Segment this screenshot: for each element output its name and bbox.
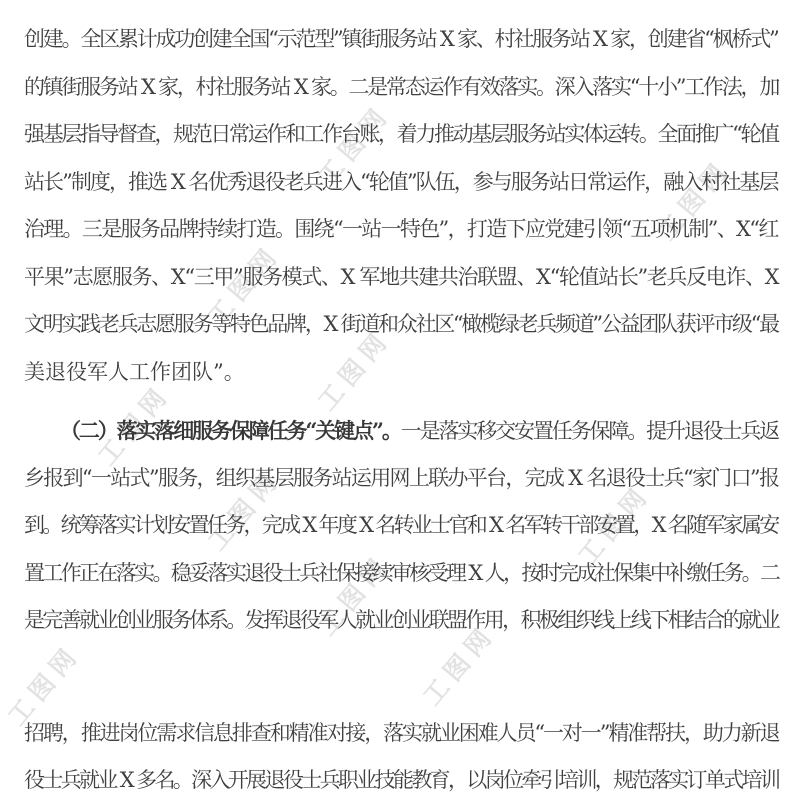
text-line: （二）落实落细服务保障任务“关键点”。一是落实移交安置任务保障。提升退役士兵返 [24, 407, 778, 455]
text-line: 招聘，推进岗位需求信息排查和精准对接，落实就业困难人员“一对一”精准帮扶，助力新… [24, 710, 778, 758]
text-line: 乡报到“一站式”服务，组织基层服务站运用网上联办平台，完成 X 名退役士兵“家门… [24, 455, 778, 503]
text-line: 强基层指导督查，规范日常运作和工作台账，着力推动基层服务站实体运转。全面推广“轮… [24, 111, 778, 159]
text-line: 治理。三是服务品牌持续打造。围绕“一站一特色”，打造下应党建引领“五项机制”、X… [24, 206, 778, 254]
text-line: 美退役军人工作团队”。 [24, 349, 778, 397]
text-line-rest: 一是落实移交安置任务保障。提升退役士兵返 [401, 419, 778, 443]
text-line: 站长”制度，推选 X 名优秀退役老兵进入“轮值”队伍，参与服务站日常运作，融入村… [24, 159, 778, 207]
section-heading: （二）落实落细服务保障任务“关键点”。 [60, 418, 401, 443]
document-page: 工图网 工图网 工图网 工图网 工图网 工图网 工图网 工图网 工图网 工图网 … [0, 0, 800, 800]
paragraph: 创建。全区累计成功创建全国“示范型”镇街服务站 X 家、村社服务站 X 家，创建… [24, 16, 778, 396]
text-line: 平果”志愿服务、X“三甲”服务模式、X 军地共建共治联盟、X“轮值站长”老兵反电… [24, 254, 778, 302]
text-line: 的镇街服务站 X 家，村社服务站 X 家。二是常态运作有效落实。深入落实“十小”… [24, 64, 778, 112]
text-line: 置工作正在落实。稳妥落实退役士兵社保接续审核受理 X 人，按时完成社保集中补缴任… [24, 550, 778, 598]
text-line: 是完善就业创业服务体系。发挥退役军人就业创业联盟作用，积极组织线上线下相结合的就… [24, 597, 778, 645]
text-line: 到。统筹落实计划安置任务，完成 X 年度 X 名转业士官和 X 名军转干部安置，… [24, 502, 778, 550]
text-line: 役士兵就业 X 多名。深入开展退役士兵职业技能教育，以岗位牵引培训，规范落实订单… [24, 757, 778, 800]
text-line: 文明实践老兵志愿服务等特色品牌，X 街道和众社区“橄榄绿老兵频道”公益团队获评市… [24, 301, 778, 349]
paragraph: 招聘，推进岗位需求信息排查和精准对接，落实就业困难人员“一对一”精准帮扶，助力新… [24, 710, 778, 800]
text-line: 创建。全区累计成功创建全国“示范型”镇街服务站 X 家、村社服务站 X 家，创建… [24, 16, 778, 64]
document-body: 创建。全区累计成功创建全国“示范型”镇街服务站 X 家、村社服务站 X 家，创建… [0, 0, 800, 800]
paragraph: （二）落实落细服务保障任务“关键点”。一是落实移交安置任务保障。提升退役士兵返 … [24, 407, 778, 645]
